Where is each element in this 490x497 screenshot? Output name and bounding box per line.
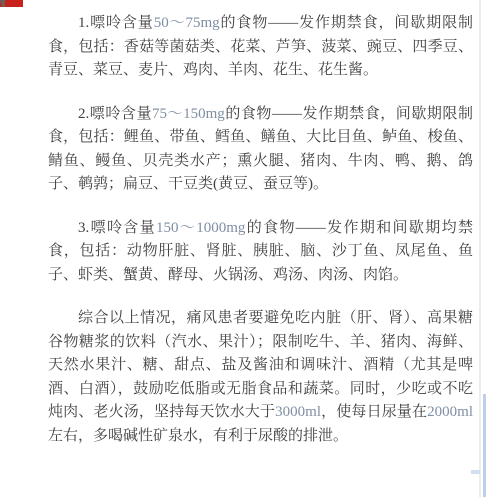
document-body: 1.嘌呤含量50～75mg的食物——发作期禁食，间歇期限制食，包括：香菇等菌菇类… (48, 12, 473, 468)
paragraph-4: 综合以上情况，痛风患者要避免吃内脏（肝、肾）、高果糖谷物糖浆的饮料（汽水、果汁）… (48, 307, 473, 448)
measurement-value: 75～150mg (152, 106, 225, 122)
text-run: ，使每日尿量在 (321, 404, 427, 420)
measurement-value: 2000ml (427, 404, 473, 420)
dark-corner-mark (0, 0, 5, 7)
paragraph-1: 1.嘌呤含量50～75mg的食物——发作期禁食，间歇期限制食，包括：香菇等菌菇类… (48, 12, 473, 83)
paragraph-2: 2.嘌呤含量75～150mg的食物——发作期禁食，间歇期限制食，包括：鲤鱼、带鱼… (48, 103, 473, 197)
page: 1.嘌呤含量50～75mg的食物——发作期禁食，间歇期限制食，包括：香菇等菌菇类… (0, 0, 490, 497)
page-boundary-line (479, 0, 481, 497)
text-run: 2.嘌呤含量 (78, 106, 152, 122)
text-run: 左右，多喝碱性矿泉水，有利于尿酸的排泄。 (48, 428, 348, 444)
text-run: 1.嘌呤含量 (78, 15, 154, 31)
measurement-value: 50～75mg (154, 15, 220, 31)
cropped-red-banner-fragment (0, 0, 23, 7)
text-run: 3.嘌呤含量 (78, 220, 156, 236)
measurement-value: 3000ml (275, 404, 321, 420)
measurement-value: 150～1000mg (156, 220, 245, 236)
blue-tick-mark (471, 470, 480, 474)
paragraph-3: 3.嘌呤含量150～1000mg的食物——发作期和间歇期均禁食，包括：动物肝脏、… (48, 217, 473, 288)
scrollbar-thumb[interactable] (483, 394, 486, 497)
